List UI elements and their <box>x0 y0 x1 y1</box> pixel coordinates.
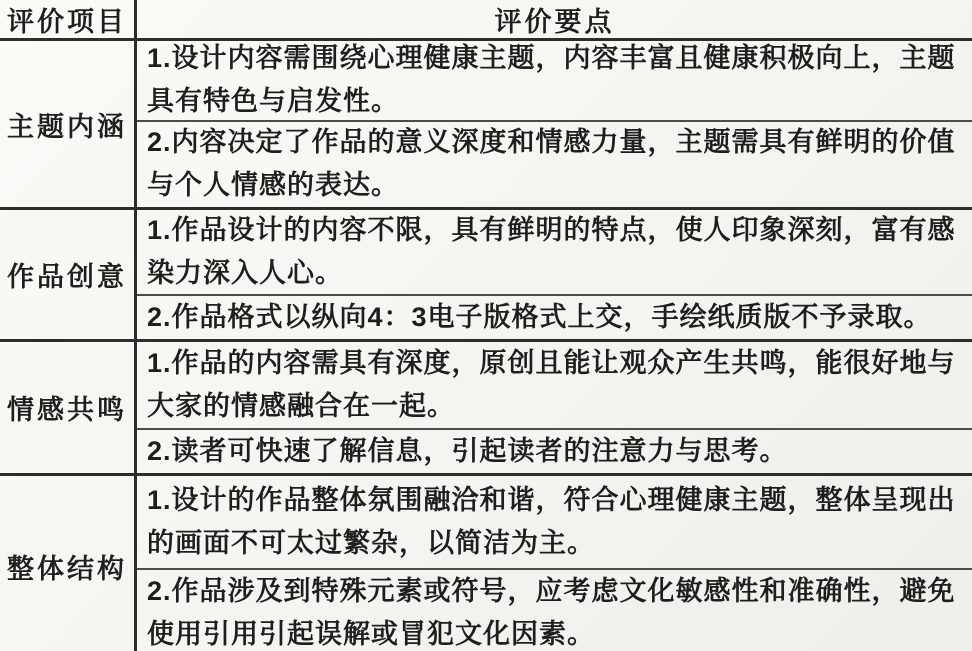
criteria-label-cell: 主题内涵 <box>0 41 137 207</box>
point-cell: 2.作品涉及到特殊元素或符号，应考虑文化敏感性和准确性，避免使用引用引起误解或冒… <box>137 570 972 651</box>
points-cell: 1.设计的作品整体氛围融洽和谐，符合心理健康主题，整体呈现出的画面不可太过繁杂，… <box>137 476 972 651</box>
point-cell: 1.作品的内容需具有深度，原创且能让观众产生共鸣，能很好地与大家的情感融合在一起… <box>137 342 972 430</box>
criteria-label: 主题内涵 <box>7 105 127 144</box>
table-row-overall-structure: 整体结构 1.设计的作品整体氛围融洽和谐，符合心理健康主题，整体呈现出的画面不可… <box>0 476 972 651</box>
criteria-label: 情感共鸣 <box>7 388 127 427</box>
points-cell: 1.作品的内容需具有深度，原创且能让观众产生共鸣，能很好地与大家的情感融合在一起… <box>137 342 972 473</box>
points-cell: 1.作品设计的内容不限，具有鲜明的特点，使人印象深刻，富有感染力深入人心。 2.… <box>137 210 972 339</box>
point-text: 2.作品格式以纵向4：3电子版格式上交，手绘纸质版不予录取。 <box>147 296 932 339</box>
point-text: 1.设计的作品整体氛围融洽和谐，符合心理健康主题，整体呈现出的画面不可太过繁杂，… <box>147 479 964 565</box>
evaluation-criteria-table-page: 评价项目 评价要点 主题内涵 1.设计内容需围绕心理健康主题，内容丰富且健康积极… <box>0 0 972 651</box>
table-row-work-creativity: 作品创意 1.作品设计的内容不限，具有鲜明的特点，使人印象深刻，富有感染力深入人… <box>0 210 972 342</box>
table-header-row: 评价项目 评价要点 <box>0 0 972 41</box>
criteria-label: 整体结构 <box>7 547 127 586</box>
criteria-label: 作品创意 <box>7 255 127 294</box>
table-row-theme-connotation: 主题内涵 1.设计内容需围绕心理健康主题，内容丰富且健康积极向上，主题具有特色与… <box>0 41 972 210</box>
evaluation-table: 评价项目 评价要点 主题内涵 1.设计内容需围绕心理健康主题，内容丰富且健康积极… <box>0 0 972 651</box>
criteria-label-cell: 整体结构 <box>0 476 137 651</box>
header-points-label: 评价要点 <box>495 0 615 39</box>
header-item-label: 评价项目 <box>7 0 127 39</box>
point-cell: 1.设计的作品整体氛围融洽和谐，符合心理健康主题，整体呈现出的画面不可太过繁杂，… <box>137 476 972 570</box>
table-row-emotional-resonance: 情感共鸣 1.作品的内容需具有深度，原创且能让观众产生共鸣，能很好地与大家的情感… <box>0 342 972 476</box>
point-text: 1.作品设计的内容不限，具有鲜明的特点，使人印象深刻，富有感染力深入人心。 <box>147 210 964 295</box>
points-cell: 1.设计内容需围绕心理健康主题，内容丰富且健康积极向上，主题具有特色与启发性。 … <box>137 41 972 207</box>
point-cell: 2.读者可快速了解信息，引起读者的注意力与思考。 <box>137 430 972 473</box>
point-text: 2.内容决定了作品的意义深度和情感力量，主题需具有鲜明的价值与个人情感的表达。 <box>147 122 964 207</box>
header-cell-points: 评价要点 <box>137 0 972 38</box>
point-text: 1.设计内容需围绕心理健康主题，内容丰富且健康积极向上，主题具有特色与启发性。 <box>147 41 964 122</box>
point-text: 2.作品涉及到特殊元素或符号，应考虑文化敏感性和准确性，避免使用引用引起误解或冒… <box>147 570 964 651</box>
criteria-label-cell: 作品创意 <box>0 210 137 339</box>
point-cell: 1.作品设计的内容不限，具有鲜明的特点，使人印象深刻，富有感染力深入人心。 <box>137 210 972 296</box>
point-cell: 2.内容决定了作品的意义深度和情感力量，主题需具有鲜明的价值与个人情感的表达。 <box>137 122 972 207</box>
header-cell-item: 评价项目 <box>0 0 137 38</box>
point-text: 2.读者可快速了解信息，引起读者的注意力与思考。 <box>147 430 788 473</box>
criteria-label-cell: 情感共鸣 <box>0 342 137 473</box>
point-text: 1.作品的内容需具有深度，原创且能让观众产生共鸣，能很好地与大家的情感融合在一起… <box>147 342 964 428</box>
point-cell: 2.作品格式以纵向4：3电子版格式上交，手绘纸质版不予录取。 <box>137 296 972 339</box>
point-cell: 1.设计内容需围绕心理健康主题，内容丰富且健康积极向上，主题具有特色与启发性。 <box>137 41 972 122</box>
